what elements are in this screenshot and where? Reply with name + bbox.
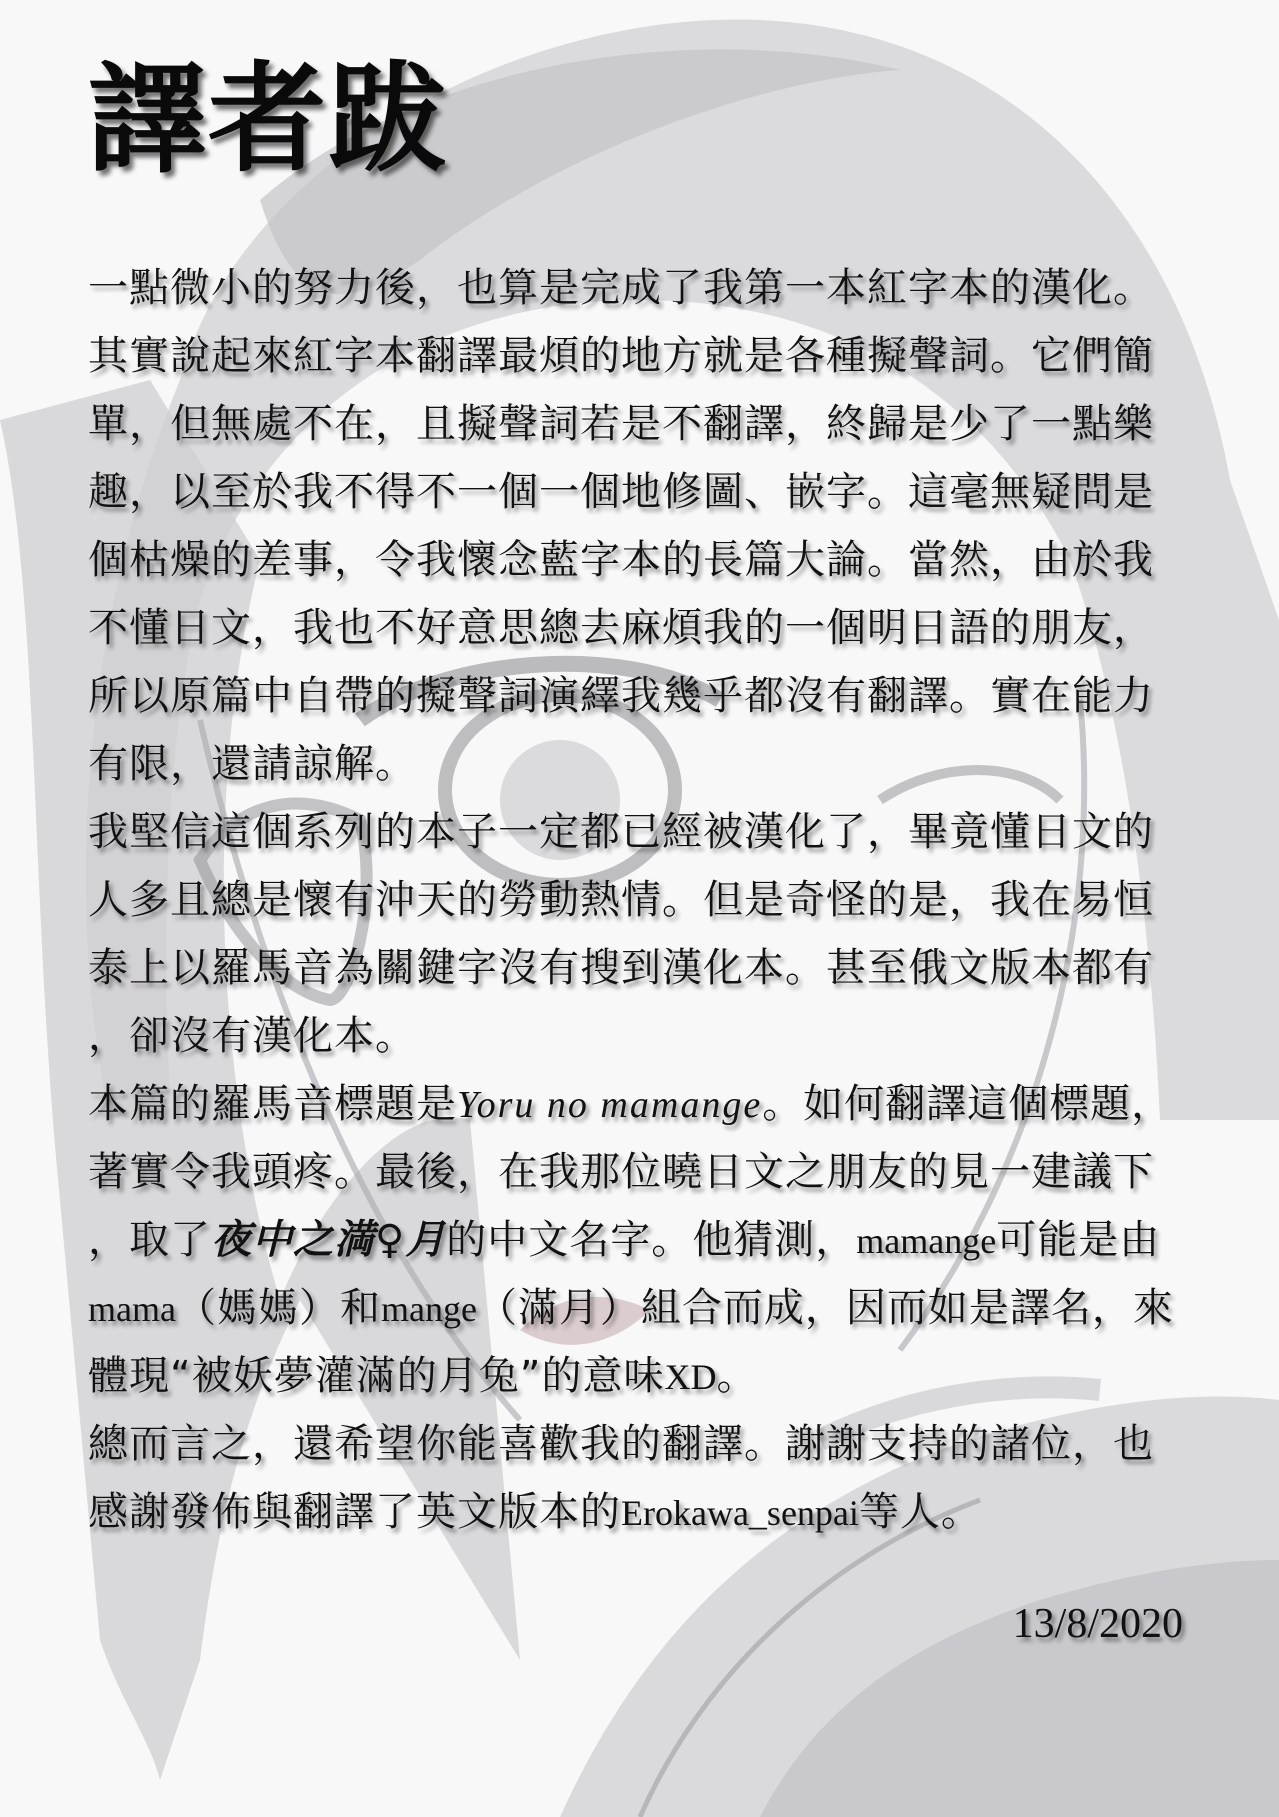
text-line: 單，但無處不在，且擬聲詞若是不翻譯，終歸是少了一點樂 bbox=[88, 390, 1188, 458]
text-segment: （媽媽）和 bbox=[176, 1285, 381, 1331]
text-segment: 所以原篇中自帶的擬聲詞演繹我幾乎都沒有翻譯。實在能力 bbox=[88, 673, 1154, 719]
text-segment: 不懂日文，我也不好意思總去麻煩我的一個明日語的朋友， bbox=[88, 605, 1154, 651]
text-line: 有限，還請諒解。 bbox=[88, 730, 1188, 798]
afterword-body: 一點微小的努力後，也算是完成了我第一本紅字本的漢化。其實說起來紅字本翻譯最煩的地… bbox=[88, 254, 1188, 1546]
text-segment: 個枯燥的差事，令我懷念藍字本的長篇大論。當然，由於我 bbox=[88, 537, 1154, 583]
text-segment: 夜中之満♀月 bbox=[211, 1217, 446, 1263]
text-segment: 我堅信這個系列的本子一定都已經被漢化了，畢竟懂日文的 bbox=[88, 809, 1154, 855]
text-line: 個枯燥的差事，令我懷念藍字本的長篇大論。當然，由於我 bbox=[88, 526, 1188, 594]
text-segment: mama bbox=[88, 1289, 176, 1329]
text-segment: mamange bbox=[856, 1221, 996, 1261]
text-segment: 本篇的羅馬音標題是 bbox=[88, 1081, 457, 1127]
text-line: 總而言之，還希望你能喜歡我的翻譯。謝謝支持的諸位，也 bbox=[88, 1410, 1188, 1478]
text-line: 一點微小的努力後，也算是完成了我第一本紅字本的漢化。 bbox=[88, 254, 1188, 322]
text-segment: 等人。 bbox=[859, 1489, 982, 1535]
text-segment: ，卻沒有漢化本。 bbox=[88, 1013, 416, 1059]
text-line: 本篇的羅馬音標題是Yoru no mamange。如何翻譯這個標題， bbox=[88, 1070, 1188, 1138]
text-segment: 的中文名字。他猜測， bbox=[446, 1217, 856, 1263]
text-segment: 單，但無處不在，且擬聲詞若是不翻譯，終歸是少了一點樂 bbox=[88, 401, 1154, 447]
text-segment: 趣，以至於我不得不一個一個地修圖、嵌字。這毫無疑問是 bbox=[88, 469, 1154, 515]
text-segment: 有限，還請諒解。 bbox=[88, 741, 416, 787]
text-segment: ，取了 bbox=[88, 1217, 211, 1263]
text-line: 趣，以至於我不得不一個一個地修圖、嵌字。這毫無疑問是 bbox=[88, 458, 1188, 526]
text-segment: 體現“被妖夢灌滿的月兔”的意味 bbox=[88, 1353, 664, 1399]
text-segment: 其實說起來紅字本翻譯最煩的地方就是各種擬聲詞。它們簡 bbox=[88, 333, 1154, 379]
text-line: ，卻沒有漢化本。 bbox=[88, 1002, 1188, 1070]
text-line: 體現“被妖夢灌滿的月兔”的意味XD。 bbox=[88, 1342, 1188, 1410]
text-segment: 感謝發佈與翻譯了英文版本的 bbox=[88, 1489, 621, 1535]
text-segment: Erokawa_senpai bbox=[621, 1493, 859, 1533]
text-line: 不懂日文，我也不好意思總去麻煩我的一個明日語的朋友， bbox=[88, 594, 1188, 662]
text-segment: XD bbox=[664, 1357, 716, 1397]
text-segment: mange bbox=[381, 1289, 477, 1329]
text-segment: 。如何翻譯這個標題， bbox=[762, 1081, 1172, 1127]
text-line: 感謝發佈與翻譯了英文版本的Erokawa_senpai等人。 bbox=[88, 1478, 1188, 1546]
text-segment: 一點微小的努力後，也算是完成了我第一本紅字本的漢化。 bbox=[88, 265, 1154, 311]
text-line: 所以原篇中自帶的擬聲詞演繹我幾乎都沒有翻譯。實在能力 bbox=[88, 662, 1188, 730]
text-line: 人多且總是懷有沖天的勞動熱情。但是奇怪的是，我在易恒 bbox=[88, 866, 1188, 934]
text-segment: 人多且總是懷有沖天的勞動熱情。但是奇怪的是，我在易恒 bbox=[88, 877, 1154, 923]
text-segment: （滿月）組合而成，因而如是譯名，來 bbox=[477, 1285, 1174, 1331]
text-line: 泰上以羅馬音為關鍵字沒有搜到漢化本。甚至俄文版本都有 bbox=[88, 934, 1188, 1002]
text-line: ，取了夜中之満♀月的中文名字。他猜測，mamange可能是由 bbox=[88, 1206, 1188, 1274]
afterword-page: 譯者跋 一點微小的努力後，也算是完成了我第一本紅字本的漢化。其實說起來紅字本翻譯… bbox=[0, 0, 1279, 1817]
text-line: 其實說起來紅字本翻譯最煩的地方就是各種擬聲詞。它們簡 bbox=[88, 322, 1188, 390]
text-line: mama（媽媽）和mange（滿月）組合而成，因而如是譯名，來 bbox=[88, 1274, 1188, 1342]
text-line: 著實令我頭疼。最後，在我那位曉日文之朋友的見一建議下 bbox=[88, 1138, 1188, 1206]
signature-date: 13/8/2020 bbox=[1013, 1600, 1183, 1648]
text-segment: 泰上以羅馬音為關鍵字沒有搜到漢化本。甚至俄文版本都有 bbox=[88, 945, 1154, 991]
text-segment: 著實令我頭疼。最後，在我那位曉日文之朋友的見一建議下 bbox=[88, 1149, 1154, 1195]
text-segment: 可能是由 bbox=[996, 1217, 1160, 1263]
text-segment: Yoru no mamange bbox=[457, 1084, 762, 1126]
page-title: 譯者跋 bbox=[88, 60, 448, 178]
text-line: 我堅信這個系列的本子一定都已經被漢化了，畢竟懂日文的 bbox=[88, 798, 1188, 866]
text-segment: 。 bbox=[716, 1353, 757, 1399]
text-segment: 總而言之，還希望你能喜歡我的翻譯。謝謝支持的諸位，也 bbox=[88, 1421, 1154, 1467]
